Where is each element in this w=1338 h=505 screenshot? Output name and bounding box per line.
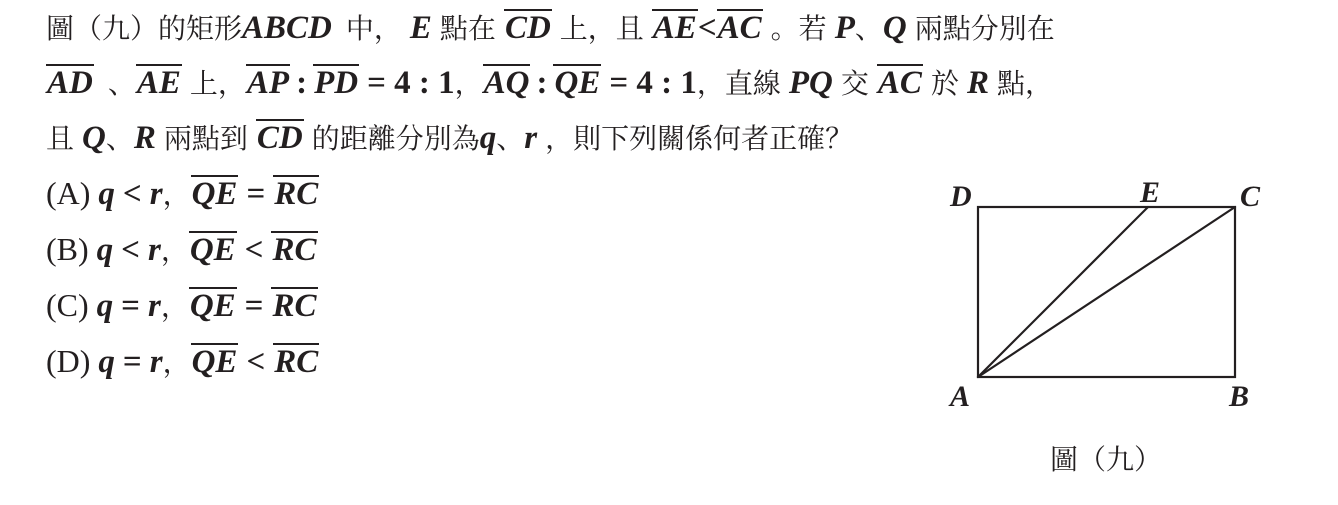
rectangle-label: ABCD	[242, 10, 332, 46]
relation-symbol: =	[245, 288, 264, 324]
question-text: 、	[106, 122, 134, 155]
segment-rc: RC	[273, 342, 319, 382]
ratio-value: = 4 : 1	[367, 65, 455, 101]
segment-ac: AC	[877, 63, 923, 103]
point-d-label: D	[950, 182, 972, 212]
segment-ae-line	[978, 207, 1148, 377]
ratio-value: = 4 : 1	[609, 65, 697, 101]
question-text: 交	[841, 67, 869, 100]
relation-symbol: <	[246, 344, 265, 380]
segment-aq: AQ	[483, 63, 531, 103]
variable-q: q	[98, 344, 115, 380]
variable-r: r	[148, 232, 161, 268]
question-line-1: 圖（九）的矩形ABCD中，E點在CD上，且AE<AC。若P、Q兩點分別在	[46, 8, 1055, 48]
variable-r: r	[150, 344, 163, 380]
question-text: 上，且	[560, 12, 644, 45]
segment-cd: CD	[504, 8, 552, 48]
relation-symbol: =	[123, 344, 142, 380]
segment-ae: AE	[136, 63, 182, 103]
relation-symbol: <	[121, 232, 140, 268]
option-label: (B)	[46, 231, 89, 267]
separator: ，	[161, 290, 189, 323]
segment-rc: RC	[271, 230, 317, 270]
question-text: 兩點分別在	[915, 12, 1055, 45]
segment-pd: PD	[313, 63, 359, 103]
point-e-label: E	[1140, 178, 1160, 208]
point-a-label: A	[950, 382, 970, 412]
question-text: 圖（九）的矩形	[46, 12, 242, 45]
segment-qe: QE	[191, 174, 239, 214]
option-c[interactable]: (C)q=r，QE=RC	[46, 285, 318, 325]
question-text: 、	[496, 122, 524, 155]
question-text: 、	[855, 12, 883, 45]
variable-q: q	[480, 120, 497, 156]
segment-ae: AE	[652, 8, 698, 48]
option-a[interactable]: (A)q<r，QE=RC	[46, 173, 319, 213]
option-label: (D)	[46, 343, 90, 379]
variable-r: r	[148, 288, 161, 324]
separator: ，	[163, 346, 191, 379]
ratio-colon: :	[530, 65, 553, 101]
separator: ，	[163, 178, 191, 211]
relation-symbol: <	[245, 232, 264, 268]
segment-qe: QE	[191, 342, 239, 382]
option-label: (A)	[46, 175, 90, 211]
question-text: 的距離分別為	[312, 122, 480, 155]
point-b-label: B	[1229, 382, 1249, 412]
relation-symbol: =	[246, 176, 265, 212]
ratio-colon: :	[290, 65, 313, 101]
segment-qe: QE	[189, 230, 237, 270]
question-text: 、	[108, 67, 136, 100]
option-d[interactable]: (D)q=r，QE<RC	[46, 341, 319, 381]
point-c-label: C	[1240, 182, 1260, 212]
question-text: 點在	[440, 12, 496, 45]
point-label: P	[835, 10, 855, 46]
question-line-2: AD、AE上，AP:PD= 4 : 1，AQ:QE= 4 : 1，直線PQ交AC…	[46, 63, 1053, 103]
point-label: R	[967, 65, 989, 101]
question-text: ，直線	[697, 67, 781, 100]
point-label: Q	[82, 120, 106, 156]
point-label: Q	[883, 10, 907, 46]
question-text: ，	[455, 67, 483, 100]
relation-symbol: <	[698, 10, 717, 46]
segment-qe: QE	[189, 286, 237, 326]
separator: ，	[161, 234, 189, 267]
segment-ap: AP	[246, 63, 290, 103]
variable-q: q	[98, 176, 115, 212]
segment-ad: AD	[46, 63, 94, 103]
figure-caption: 圖（九）	[1050, 440, 1162, 480]
variable-r: r	[150, 176, 163, 212]
question-text: 兩點到	[164, 122, 248, 155]
segment-ac-line	[978, 207, 1235, 377]
variable-q: q	[97, 232, 114, 268]
question-text: 。若	[771, 12, 827, 45]
question-text: 中，	[346, 12, 402, 45]
point-label: R	[134, 120, 156, 156]
question-text: 且	[46, 122, 74, 155]
option-b[interactable]: (B)q<r，QE<RC	[46, 229, 318, 269]
question-text: 上，	[190, 67, 246, 100]
geometry-figure: D E C A B	[940, 170, 1280, 430]
relation-symbol: =	[121, 288, 140, 324]
segment-qe: QE	[553, 63, 601, 103]
question-text: 於	[931, 67, 959, 100]
relation-symbol: <	[123, 176, 142, 212]
segment-rc: RC	[271, 286, 317, 326]
question-line-3: 且Q、R兩點到CD的距離分別為q、r，則下列關係何者正確？	[46, 118, 853, 158]
point-label: E	[410, 10, 432, 46]
option-label: (C)	[46, 287, 89, 323]
variable-r: r	[524, 120, 537, 156]
segment-ac: AC	[717, 8, 763, 48]
variable-q: q	[97, 288, 114, 324]
line-label: PQ	[789, 65, 833, 101]
question-text: ，則下列關係何者正確？	[545, 122, 853, 155]
segment-rc: RC	[273, 174, 319, 214]
question-text: 點，	[997, 67, 1053, 100]
segment-cd: CD	[256, 118, 304, 158]
